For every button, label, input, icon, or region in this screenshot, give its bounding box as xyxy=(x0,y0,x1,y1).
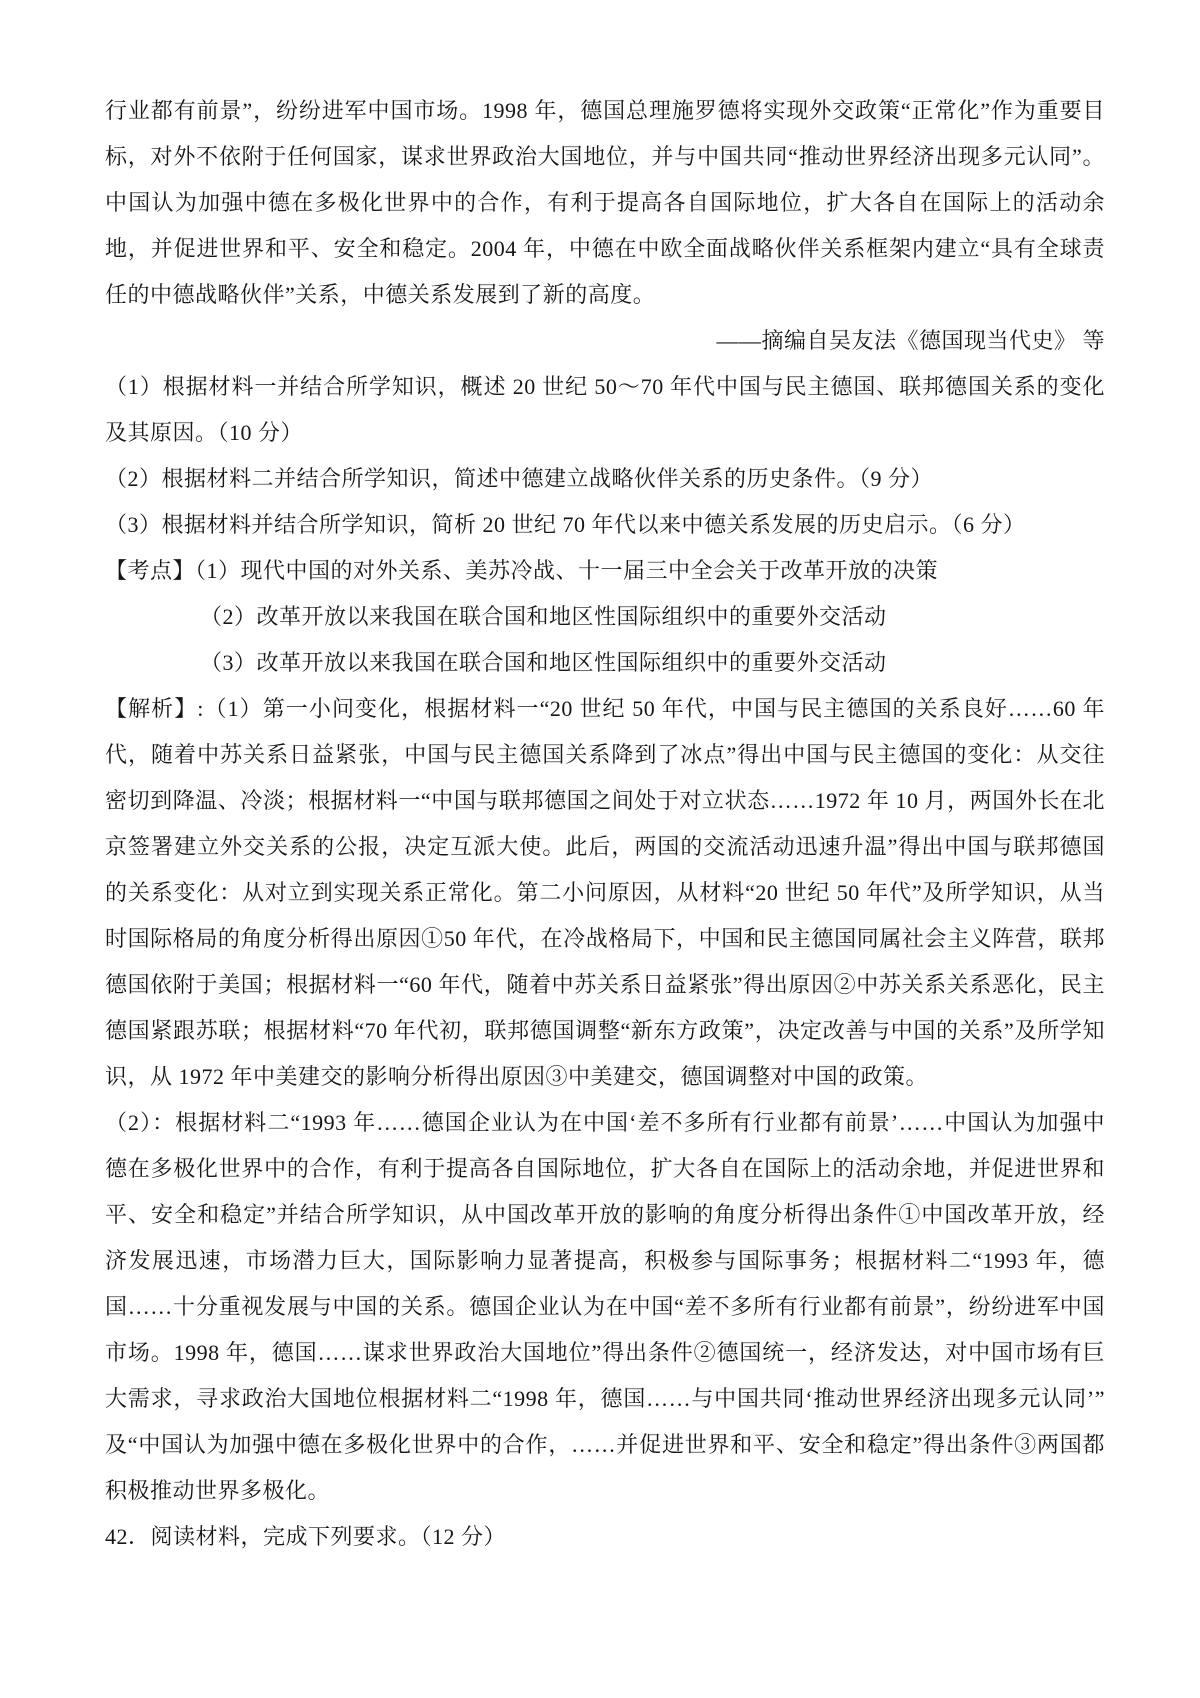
next-question-heading: 42．阅读材料，完成下列要求。（12 分） xyxy=(105,1514,1105,1560)
question-1: （1）根据材料一并结合所学知识，概述 20 世纪 50～70 年代中国与民主德国… xyxy=(105,364,1105,456)
exam-answer-page: 行业都有前景”，纷纷进军中国市场。1998 年，德国总理施罗德将实现外交政策“正… xyxy=(0,0,1200,1698)
analysis-part-2: （2）：根据材料二“1993 年……德国企业认为在中国‘差不多所有行业都有前景’… xyxy=(105,1100,1105,1514)
exam-points-line-1: 【考点】（1）现代中国的对外关系、美苏冷战、十一届三中全会关于改革开放的决策 xyxy=(105,548,1105,594)
source-attribution: ——摘编自吴友法《德国现当代史》 等 xyxy=(105,318,1105,364)
material-paragraph: 行业都有前景”，纷纷进军中国市场。1998 年，德国总理施罗德将实现外交政策“正… xyxy=(105,88,1105,318)
exam-points-line-3: （3）改革开放以来我国在联合国和地区性国际组织中的重要外交活动 xyxy=(105,640,1105,686)
question-3: （3）根据材料并结合所学知识，简析 20 世纪 70 年代以来中德关系发展的历史… xyxy=(105,502,1105,548)
question-2: （2）根据材料二并结合所学知识，简述中德建立战略伙伴关系的历史条件。（9 分） xyxy=(105,456,1105,502)
analysis-part-1: 【解析】:（1）第一小问变化，根据材料一“20 世纪 50 年代，中国与民主德国… xyxy=(105,686,1105,1100)
exam-points-line-2: （2）改革开放以来我国在联合国和地区性国际组织中的重要外交活动 xyxy=(105,594,1105,640)
